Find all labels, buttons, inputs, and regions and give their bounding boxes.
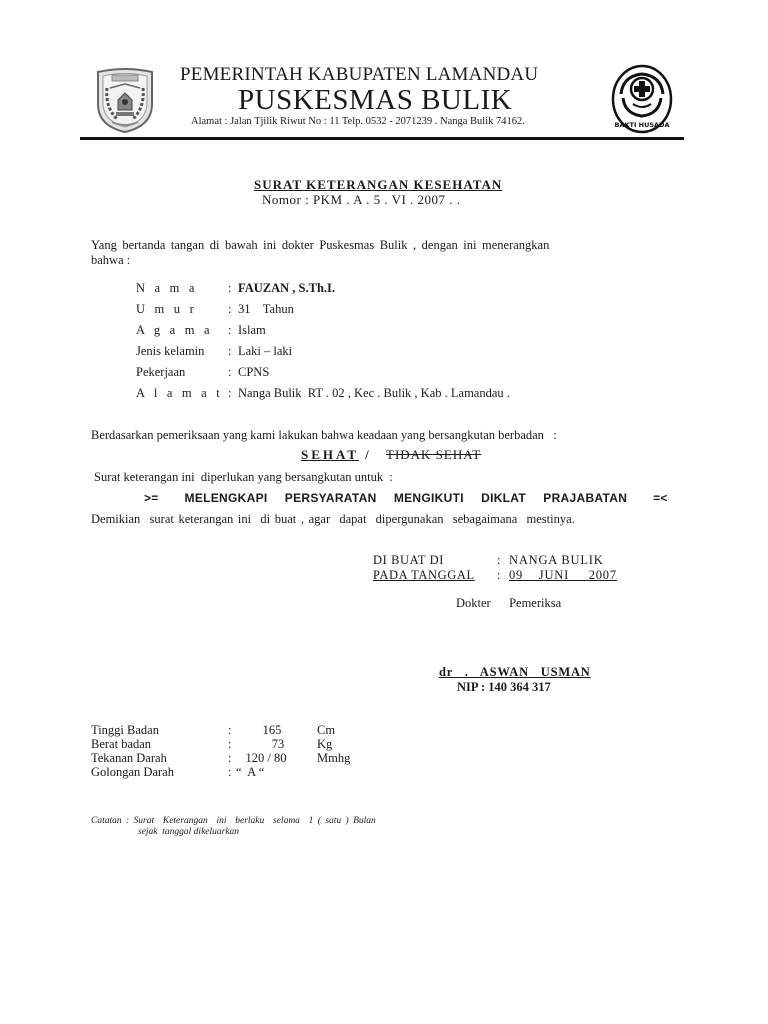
colon: : (228, 323, 231, 338)
age-label: U m u r (136, 302, 197, 317)
gender-value: Laki – laki (238, 344, 292, 359)
place-value: NANGA BULIK (509, 553, 604, 568)
intro-line-1: Yang bertanda tangan di bawah ini dokter… (91, 238, 549, 253)
weight-value: 73 (242, 737, 308, 752)
colon: : (228, 281, 231, 296)
occupation-value: CPNS (238, 365, 269, 380)
intro-line-2: bahwa : (91, 253, 130, 268)
place-label: DI BUAT DI (373, 553, 444, 568)
status-struck: TIDAK SEHAT (386, 447, 481, 462)
validity-note: Catatan : Surat Keterangan ini berlaku s… (91, 816, 376, 826)
date-value: 09 JUNI 2007 (509, 568, 617, 583)
address-label: A l a m a t (136, 386, 223, 401)
gender-label: Jenis kelamin (136, 344, 204, 359)
status-selected: SEHAT (301, 447, 359, 462)
colon: : (497, 553, 500, 568)
colon: : (228, 365, 231, 380)
colon: : (228, 344, 231, 359)
address-value: Nanga Bulik RT . 02 , Kec . Bulik , Kab … (238, 386, 510, 401)
purpose-text: >= MELENGKAPI PERSYARATAN MENGIKUTI DIKL… (144, 491, 668, 505)
health-status: SEHAT / TIDAK SEHAT (301, 447, 481, 463)
colon: : (497, 568, 500, 583)
colon: : (228, 302, 231, 317)
signatory-name: dr . ASWAN USMAN (439, 665, 591, 680)
height-unit: Cm (317, 723, 335, 738)
document-number: Nomor : PKM . A . 5 . VI . 2007 . . (262, 192, 461, 208)
closing-statement: Demikian surat keterangan ini di buat , … (91, 512, 575, 527)
blood-pressure-value: 120 / 80 (236, 751, 296, 766)
blood-pressure-label: Tekanan Darah (91, 751, 167, 766)
signatory-nip: NIP : 140 364 317 (457, 680, 551, 695)
bakti-husada-icon: BAKTI HUSADA (611, 64, 673, 134)
colon: : (228, 751, 231, 766)
institution-address: Alamat : Jalan Tjilik Riwut No : 11 Telp… (191, 116, 525, 127)
status-separator: / (365, 447, 372, 462)
blood-type-label: Golongan Darah (91, 765, 174, 780)
name-value: FAUZAN , S.Th.I. (238, 281, 335, 296)
weight-unit: Kg (317, 737, 332, 752)
colon: : (228, 723, 231, 738)
signatory-role: Dokter Pemeriksa (456, 596, 561, 611)
blood-type-value: “ A “ (236, 765, 264, 780)
weight-label: Berat badan (91, 737, 151, 752)
religion-label: A g a m a (136, 323, 213, 338)
religion-value: Islam (238, 323, 266, 338)
occupation-label: Pekerjaan (136, 365, 185, 380)
document-title: SURAT KETERANGAN KESEHATAN (254, 177, 502, 193)
purpose-intro: Surat keterangan ini diperlukan yang ber… (94, 470, 393, 485)
name-label: N a m a (136, 281, 198, 296)
colon: : (228, 386, 231, 401)
validity-note-continued: sejak tanggal dikeluarkan (138, 827, 239, 837)
result-intro: Berdasarkan pemeriksaan yang kami lakuka… (91, 428, 557, 443)
height-value: 165 (242, 723, 302, 738)
regency-emblem-icon (92, 66, 158, 134)
letterhead-rule (80, 137, 684, 140)
colon: : (228, 737, 231, 752)
colon: : (228, 765, 231, 780)
institution-name: PUSKESMAS BULIK (238, 84, 512, 117)
date-label: PADA TANGGAL (373, 568, 509, 583)
government-name: PEMERINTAH KABUPATEN LAMANDAU (180, 64, 538, 86)
height-label: Tinggi Badan (91, 723, 159, 738)
blood-pressure-unit: Mmhg (317, 751, 350, 766)
bakti-husada-text: BAKTI HUSADA (615, 121, 670, 129)
age-value: 31 Tahun (238, 302, 294, 317)
